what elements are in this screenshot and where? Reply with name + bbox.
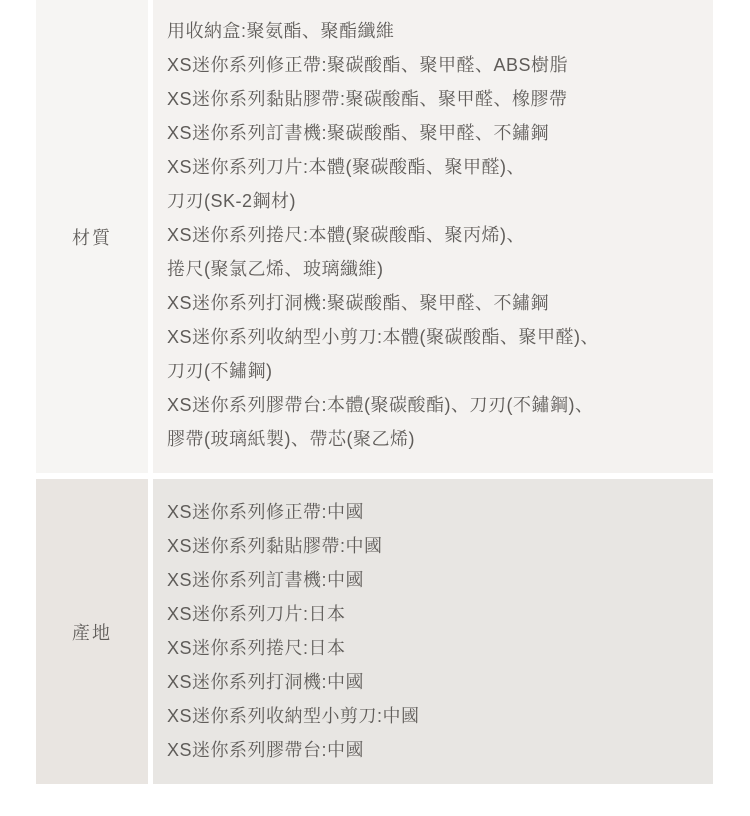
table-row-origin: 產地 XS迷你系列修正帶:中國XS迷你系列黏貼膠帶:中國XS迷你系列訂書機:中國… <box>36 479 713 784</box>
spec-line: XS迷你系列刀片:本體(聚碳酸酯、聚甲醛)、 <box>167 150 699 184</box>
spec-line: XS迷你系列打洞機:中國 <box>167 665 699 699</box>
spec-line: 刀刃(不鏽鋼) <box>167 354 699 388</box>
spec-line: XS迷你系列收納型小剪刀:中國 <box>167 699 699 733</box>
row-header-material: 材質 <box>36 0 148 473</box>
product-spec-page: 材質 用收納盒:聚氨酯、聚酯纖維XS迷你系列修正帶:聚碳酸酯、聚甲醛、ABS樹脂… <box>0 0 750 816</box>
spec-line: 捲尺(聚氯乙烯、玻璃纖維) <box>167 252 699 286</box>
row-header-origin: 產地 <box>36 479 148 784</box>
spec-line: XS迷你系列黏貼膠帶:聚碳酸酯、聚甲醛、橡膠帶 <box>167 82 699 116</box>
material-content-cell: 用收納盒:聚氨酯、聚酯纖維XS迷你系列修正帶:聚碳酸酯、聚甲醛、ABS樹脂XS迷… <box>153 0 713 473</box>
spec-line: XS迷你系列捲尺:本體(聚碳酸酯、聚丙烯)、 <box>167 218 699 252</box>
spec-table: 材質 用收納盒:聚氨酯、聚酯纖維XS迷你系列修正帶:聚碳酸酯、聚甲醛、ABS樹脂… <box>36 0 713 790</box>
spec-line: XS迷你系列修正帶:聚碳酸酯、聚甲醛、ABS樹脂 <box>167 48 699 82</box>
spec-line: XS迷你系列打洞機:聚碳酸酯、聚甲醛、不鏽鋼 <box>167 286 699 320</box>
spec-line: XS迷你系列黏貼膠帶:中國 <box>167 529 699 563</box>
spec-line: XS迷你系列刀片:日本 <box>167 597 699 631</box>
spec-line: XS迷你系列訂書機:中國 <box>167 563 699 597</box>
spec-line: XS迷你系列訂書機:聚碳酸酯、聚甲醛、不鏽鋼 <box>167 116 699 150</box>
spec-line: XS迷你系列修正帶:中國 <box>167 495 699 529</box>
spec-line: 膠帶(玻璃紙製)、帶芯(聚乙烯) <box>167 422 699 456</box>
spec-line: XS迷你系列收納型小剪刀:本體(聚碳酸酯、聚甲醛)、 <box>167 320 699 354</box>
spec-line: XS迷你系列捲尺:日本 <box>167 631 699 665</box>
table-row-material: 材質 用收納盒:聚氨酯、聚酯纖維XS迷你系列修正帶:聚碳酸酯、聚甲醛、ABS樹脂… <box>36 0 713 473</box>
origin-content-cell: XS迷你系列修正帶:中國XS迷你系列黏貼膠帶:中國XS迷你系列訂書機:中國XS迷… <box>153 479 713 784</box>
spec-line: XS迷你系列膠帶台:中國 <box>167 733 699 767</box>
spec-line: XS迷你系列膠帶台:本體(聚碳酸酯)、刀刃(不鏽鋼)、 <box>167 388 699 422</box>
spec-line: 用收納盒:聚氨酯、聚酯纖維 <box>167 14 699 48</box>
spec-line: 刀刃(SK-2鋼材) <box>167 184 699 218</box>
